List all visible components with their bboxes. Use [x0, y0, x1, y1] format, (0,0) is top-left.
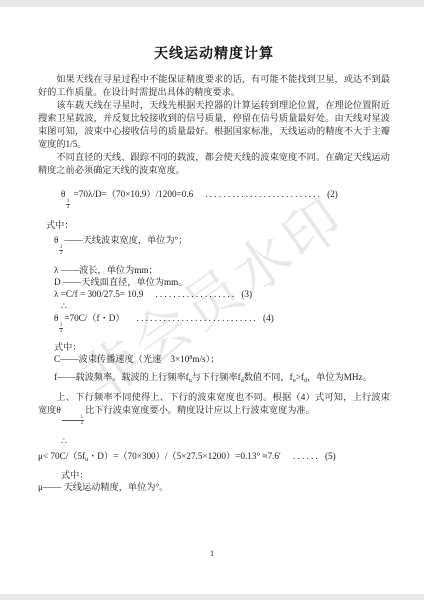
formula-block: θ12 =70λ/D=（70×10.9）/1200=0.6...........… [38, 188, 390, 493]
document-page: 非会员水印 天线运动精度计算 如果天线在寻星过程中不能保证精度要求的话，有可能不… [0, 7, 424, 594]
formula-line: θ12=70C/（f・D）...........................… [38, 312, 390, 335]
dot-leader: .................. [155, 289, 236, 299]
paragraph-3: 不同直径的天线、跟踪不同的载波，都会使天线的波束宽度不同。在确定天线运动精度之前… [38, 151, 390, 177]
formula-line: μ< 70C/（5fu・D）=（70×300）/（5×27.5×1200）=0.… [38, 450, 390, 462]
page-title: 天线运动精度计算 [38, 45, 390, 61]
document-content: 天线运动精度计算 如果天线在寻星过程中不能保证精度要求的话，有可能不能找到卫星，… [38, 45, 390, 493]
text-line: 式中： [38, 341, 390, 353]
text-line: 上、下行频率不同使得上、下行的波束宽度也不同。根据（4）式可知，上行波束宽度θ1… [38, 391, 390, 427]
dot-leader: .......................... [205, 189, 322, 199]
text-line: μ—— 天线运动精度，单位为°。 [38, 481, 390, 493]
text-line: D ——天线面直径，单位为mm。 [38, 276, 390, 288]
paragraph-2: 该车载天线在寻星时，天线先根据天控器的计算运转到理论位置，在理论位置附近搜索卫星… [38, 99, 390, 151]
dot-leader: ........................... [137, 313, 258, 323]
text-line: 式中： [38, 469, 390, 481]
text-line: λ ——波长，单位为mm； [38, 264, 390, 276]
paragraph-1: 如果天线在寻星过程中不能保证精度要求的话，有可能不能找到卫星，或达不到最好的工作… [38, 73, 390, 99]
formula-line: λ =C/f = 300/27.5= 10.9.................… [38, 288, 390, 300]
equation-number: (4) [263, 313, 274, 323]
equation-number: (2) [327, 189, 338, 199]
text-line: θ12——天线波束宽度，单位为°； [38, 234, 390, 257]
text-line: f——载波频率。载波的上行频率fu与下行频率fd数值不同，fu>fd，单位为MH… [38, 371, 390, 383]
page-number: 1 [0, 548, 424, 558]
equation-number: (5) [325, 451, 336, 461]
text-line: 式中： [38, 219, 390, 231]
text-line: C——波束传播速度（光速 3×108m/s）； [38, 353, 390, 365]
dot-leader: ...... [293, 451, 320, 461]
text-line: ∴ [38, 435, 390, 447]
equation-number: (3) [241, 289, 252, 299]
text-line: ∴ [38, 300, 390, 312]
formula-line: θ12 =70λ/D=（70×10.9）/1200=0.6...........… [38, 188, 390, 211]
